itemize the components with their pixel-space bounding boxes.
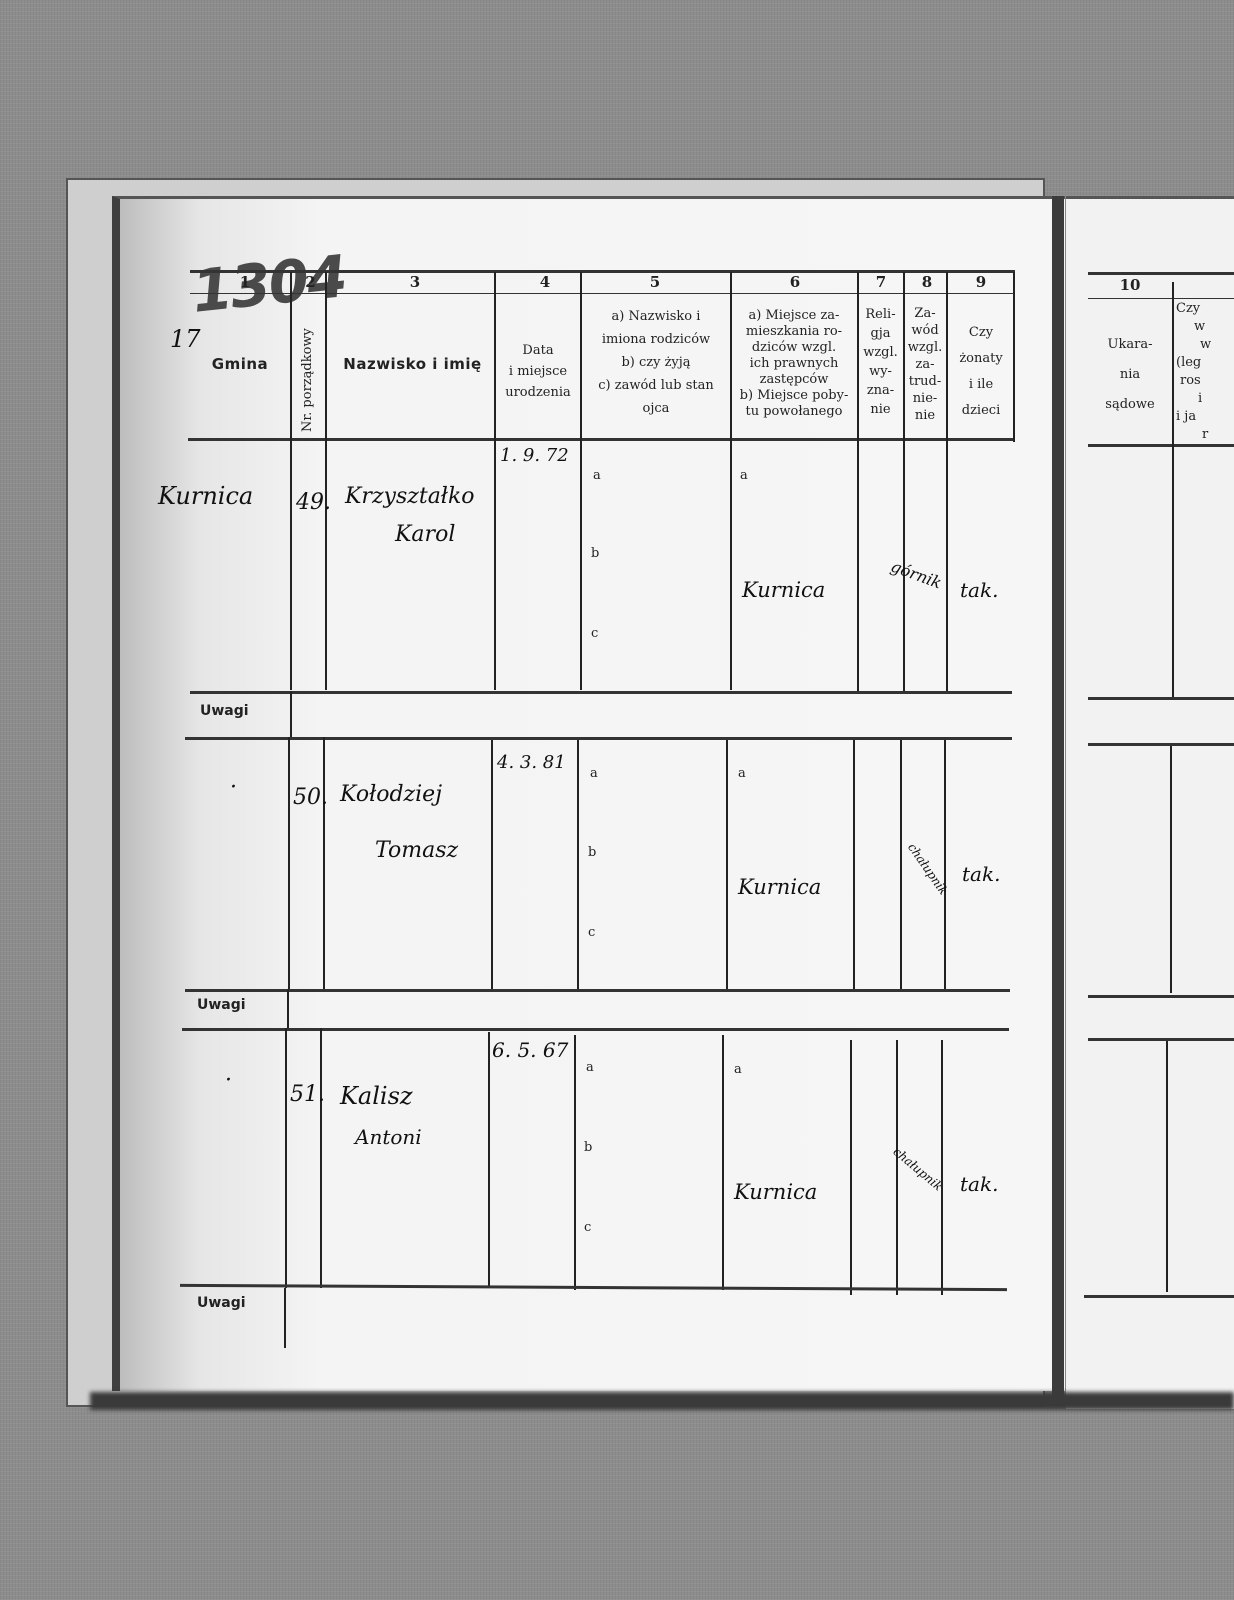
record-1-married: tak. xyxy=(960,578,998,602)
header-line: wzgl. xyxy=(904,339,946,356)
remarks-label: Uwagi xyxy=(197,1295,246,1311)
right-header-number-rule xyxy=(1088,298,1234,299)
header-nr-porzadkowy: Nr. porządkowy xyxy=(300,328,315,432)
record-3-gmina: · xyxy=(225,1068,232,1093)
header-line: a) Nazwisko i xyxy=(582,305,730,328)
col-number-1: 1 xyxy=(225,273,265,291)
header-line: sądowe xyxy=(1088,390,1172,420)
header-line: i ja xyxy=(1176,408,1234,426)
header-line: (leg xyxy=(1176,354,1234,372)
header-line: wy- xyxy=(858,362,903,381)
header-line: ojca xyxy=(582,397,730,420)
sub-label-b: b xyxy=(588,845,596,860)
header-zawod: Za- wód wzgl. za- trud- nie- nie xyxy=(904,305,946,424)
col-number-3: 3 xyxy=(395,273,435,291)
remarks-divider xyxy=(287,989,289,1029)
header-line: ros xyxy=(1176,372,1234,390)
bottom-shadow xyxy=(90,1392,1234,1410)
header-line: zastępców xyxy=(731,372,857,388)
col-divider xyxy=(853,740,855,992)
col-divider xyxy=(944,740,946,992)
record-2-surname: Kołodziej xyxy=(340,782,442,807)
sub-label-b: b xyxy=(591,546,599,561)
col-divider xyxy=(577,740,579,989)
header-line: w xyxy=(1176,318,1234,336)
col-divider xyxy=(491,740,493,989)
header-line: dzieci xyxy=(948,398,1014,424)
right-header-bottom-rule xyxy=(1088,444,1234,447)
remarks-divider xyxy=(284,1288,286,1348)
record-1-surname: Krzyształko xyxy=(345,484,475,509)
record-1-given-name: Karol xyxy=(395,522,455,547)
record-2-married: tak. xyxy=(962,862,1000,886)
header-religia: Reli- gja wzgl. wy- zna- nie xyxy=(858,305,903,419)
row-bottom-rule xyxy=(185,989,1010,992)
book-spine xyxy=(1052,196,1064,1406)
sub-label-a: a xyxy=(590,766,598,781)
header-number-rule xyxy=(190,293,1015,294)
record-1-gmina: Kurnica xyxy=(158,482,253,510)
header-line: nie xyxy=(858,400,903,419)
sub-label-a: a xyxy=(734,1062,742,1077)
record-2-birth-date: 4. 3. 81 xyxy=(497,752,566,773)
col-divider xyxy=(288,737,290,989)
col-divider xyxy=(488,1032,490,1288)
header-line: trud- xyxy=(904,373,946,390)
remarks-bottom-rule xyxy=(182,1028,1009,1031)
record-1-residence: Kurnica xyxy=(742,578,825,602)
header-line: Reli- xyxy=(858,305,903,324)
col-number-7: 7 xyxy=(866,273,896,291)
header-gmina: Gmina xyxy=(200,357,280,372)
col-divider xyxy=(1166,1040,1168,1292)
header-line: b) Miejsce poby- xyxy=(731,388,857,404)
header-bottom-rule xyxy=(188,438,1015,441)
right-header-top-rule xyxy=(1088,272,1234,275)
col-number-8: 8 xyxy=(912,273,942,291)
col-divider xyxy=(722,1035,724,1290)
col-divider xyxy=(580,272,582,690)
sub-label-b: b xyxy=(584,1140,592,1155)
record-2-given-name: Tomasz xyxy=(375,838,458,863)
header-col11-partial: Czy w w (leg ros i i ja r xyxy=(1176,300,1234,444)
header-line: dziców wzgl. xyxy=(731,340,857,356)
col-divider xyxy=(900,740,902,992)
header-line: w xyxy=(1176,336,1234,354)
header-line: nie xyxy=(904,407,946,424)
col-divider xyxy=(896,1040,898,1295)
header-line: r xyxy=(1176,426,1234,444)
col-number-10: 10 xyxy=(1110,276,1150,294)
header-line: Data xyxy=(497,340,579,361)
header-line: wzgl. xyxy=(858,343,903,362)
header-line: Za- xyxy=(904,305,946,322)
header-line: i ile xyxy=(948,372,1014,398)
header-line: Ukara- xyxy=(1088,330,1172,360)
header-line: zna- xyxy=(858,381,903,400)
record-2-residence: Kurnica xyxy=(738,875,821,899)
sub-label-c: c xyxy=(584,1220,591,1235)
col-divider xyxy=(320,1028,322,1288)
row-bottom-rule xyxy=(1088,995,1234,998)
col-number-4: 4 xyxy=(520,273,570,291)
header-line: ich prawnych xyxy=(731,356,857,372)
header-czy-zonaty: Czy żonaty i ile dzieci xyxy=(948,320,1014,424)
record-3-residence: Kurnica xyxy=(734,1180,817,1204)
header-nazwisko-imie: Nazwisko i imię xyxy=(330,357,495,372)
header-line: żonaty xyxy=(948,346,1014,372)
header-line: mieszkania ro- xyxy=(731,324,857,340)
record-3-given-name: Antoni xyxy=(355,1125,422,1149)
header-line: tu powołanego xyxy=(731,404,857,420)
remarks-label: Uwagi xyxy=(200,703,249,719)
col-divider xyxy=(1170,745,1172,993)
row-bottom-rule xyxy=(1088,743,1234,746)
header-miejsce-zamieszkania: a) Miejsce za- mieszkania ro- dziców wzg… xyxy=(731,308,857,420)
sub-label-a: a xyxy=(593,468,601,483)
header-ukarania-sadowe: Ukara- nia sądowe xyxy=(1088,330,1172,420)
col-divider xyxy=(325,272,327,690)
row-bottom-rule xyxy=(1088,697,1234,700)
header-line: nia xyxy=(1088,360,1172,390)
header-line: i xyxy=(1176,390,1234,408)
col-number-6: 6 xyxy=(770,273,820,291)
header-line: gja xyxy=(858,324,903,343)
sub-label-c: c xyxy=(588,925,595,940)
header-line: za- xyxy=(904,356,946,373)
sub-label-a: a xyxy=(738,766,746,781)
record-3-nr: 51. xyxy=(290,1082,325,1107)
sub-label-a: a xyxy=(586,1060,594,1075)
col-divider xyxy=(857,272,859,692)
header-line: a) Miejsce za- xyxy=(731,308,857,324)
header-line: wód xyxy=(904,322,946,339)
remarks-divider xyxy=(290,691,292,737)
col-divider xyxy=(730,272,732,690)
header-line: imiona rodziców xyxy=(582,328,730,351)
record-3-birth-date: 6. 5. 67 xyxy=(492,1038,568,1062)
remarks-bottom-rule xyxy=(185,737,1012,740)
sub-label-c: c xyxy=(591,626,598,641)
col-divider xyxy=(323,737,325,989)
col-divider xyxy=(941,1040,943,1295)
row-bottom-rule xyxy=(1084,1295,1234,1298)
header-line: i miejsce xyxy=(497,361,579,382)
remarks-label: Uwagi xyxy=(197,997,246,1013)
header-line: urodzenia xyxy=(497,382,579,403)
row-bottom-rule xyxy=(190,691,1012,694)
col-divider xyxy=(494,272,496,690)
record-1-birth-date: 1. 9. 72 xyxy=(500,445,569,466)
col-number-2: 2 xyxy=(298,273,323,291)
col-divider xyxy=(946,272,948,692)
header-line: Czy xyxy=(948,320,1014,346)
header-line: nie- xyxy=(904,390,946,407)
col-divider xyxy=(726,740,728,989)
header-line: b) czy żyją xyxy=(582,351,730,374)
header-line: c) zawód lub stan xyxy=(582,374,730,397)
record-2-gmina: · xyxy=(230,775,237,800)
header-data-urodzenia: Data i miejsce urodzenia xyxy=(497,340,579,403)
col-divider xyxy=(850,1040,852,1295)
col-divider xyxy=(574,1035,576,1290)
col-divider xyxy=(290,272,292,690)
col-number-5: 5 xyxy=(630,273,680,291)
row-bottom-rule xyxy=(1088,1038,1234,1041)
sub-label-a: a xyxy=(740,468,748,483)
record-2-nr: 50. xyxy=(293,785,328,810)
col-divider xyxy=(1172,282,1174,697)
page-mark: 17 xyxy=(170,325,201,353)
header-rodzice: a) Nazwisko i imiona rodziców b) czy żyj… xyxy=(582,305,730,420)
col-number-9: 9 xyxy=(966,273,996,291)
col-divider xyxy=(903,272,905,692)
col-divider xyxy=(285,1028,287,1288)
record-3-married: tak. xyxy=(960,1172,998,1196)
record-1-nr: 49. xyxy=(296,490,331,515)
record-3-surname: Kalisz xyxy=(340,1082,413,1110)
header-line: Czy xyxy=(1176,300,1234,318)
col-divider xyxy=(1013,272,1015,442)
